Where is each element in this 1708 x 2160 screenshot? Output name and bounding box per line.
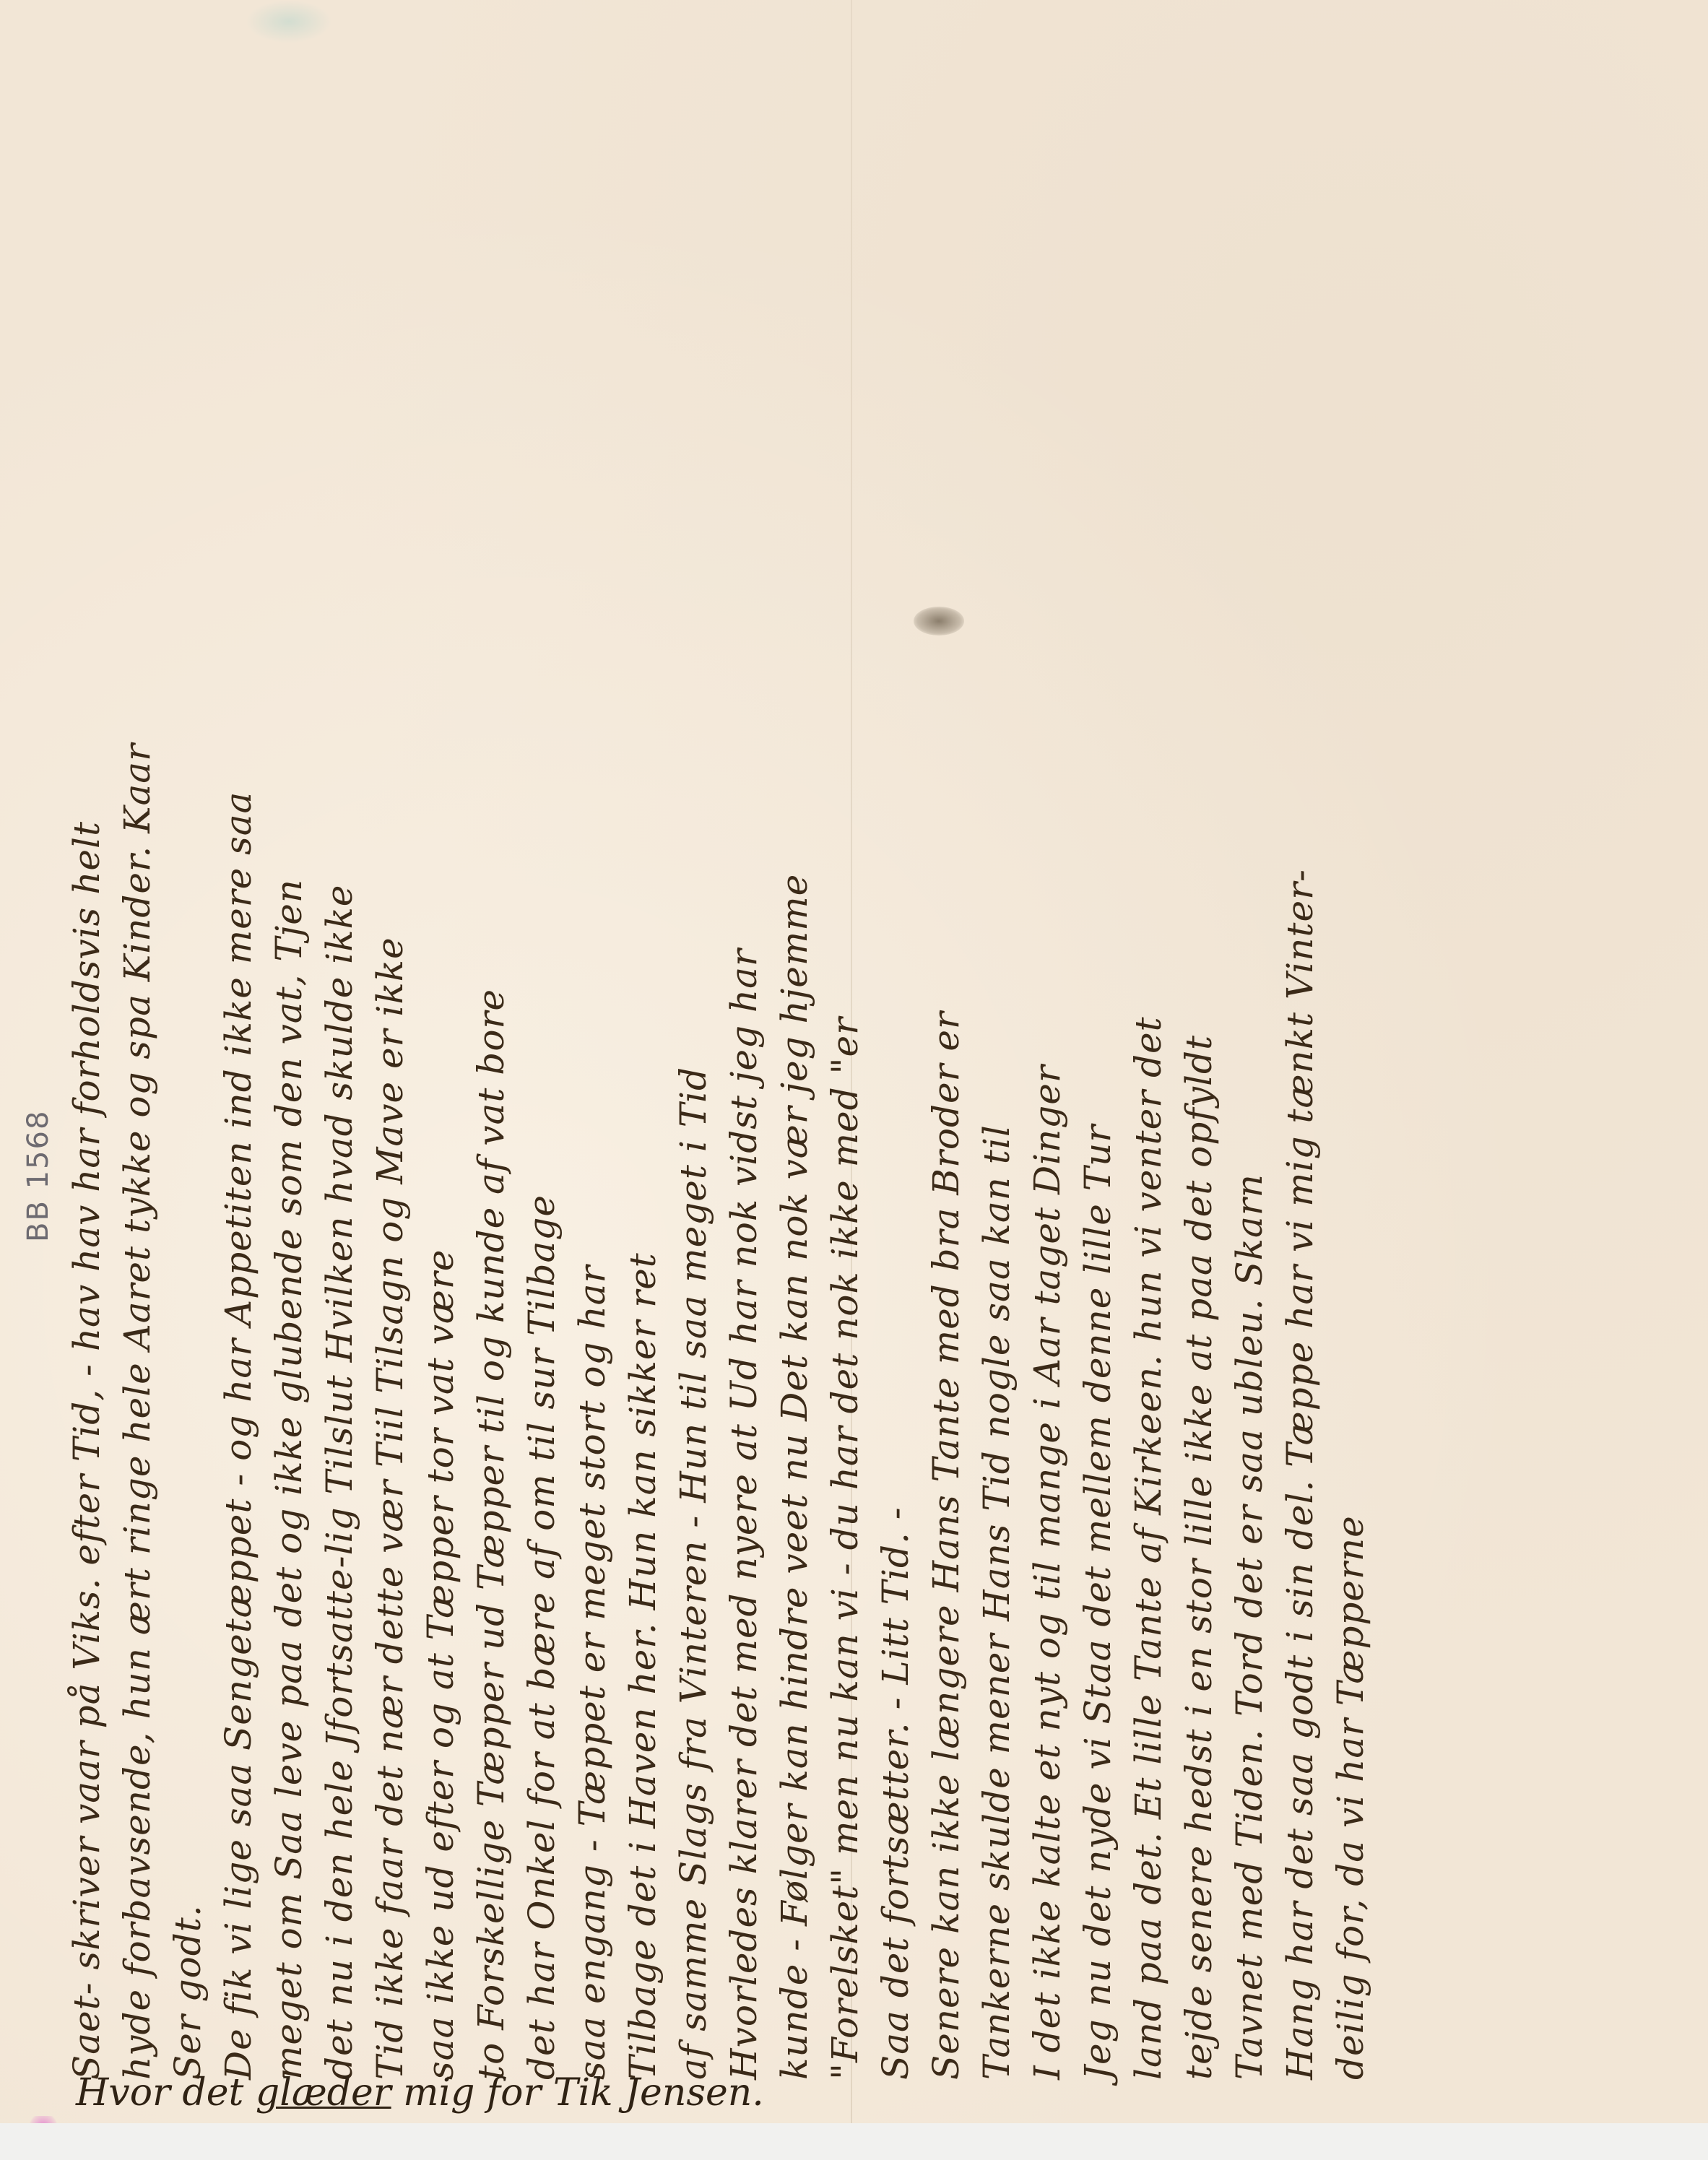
letter-line: af samme Slags fra Vinteren - Hun til sa… — [668, 743, 719, 2080]
letter-line: Ser godt. — [162, 743, 213, 2080]
letter-line: deilig for, da vi har Tæpperne — [1325, 743, 1376, 2080]
closing-line-underlined-word: glæder — [256, 2071, 391, 2115]
letter-line: Tankerne skulde mener Hans Tid nogle saa… — [971, 743, 1022, 2080]
letter-line: Saa det fortsætter. - Litt Tid. - — [870, 743, 921, 2080]
letter-line: saa engang - Tæppet er meget stort og ha… — [567, 743, 617, 2080]
letter-line: kunde - Følger kan hindre veet nu Det ka… — [769, 743, 820, 2080]
closing-line-suffix: mig for Tik Jensen. — [391, 2071, 764, 2115]
letter-line: Tid ikke faar det nær dette vær Tiil Til… — [365, 743, 415, 2080]
letter-line: Tavnet med Tiden. Tord det er saa ubleu.… — [1224, 743, 1275, 2080]
letter-line: tejde senere hedst i en stor lille ikke … — [1174, 743, 1224, 2080]
letter-line: I det ikke kalte et nyt og til mange i A… — [1022, 743, 1072, 2080]
letter-line: det har Onkel for at bære af om til sur … — [516, 743, 567, 2080]
letter-line: hyde forbavsende, hun ært ringe hele Aar… — [112, 743, 162, 2080]
closing-line: Hvor det glæder mig for Tik Jensen. — [76, 2071, 764, 2115]
archive-stamp: BB 1568 — [22, 1110, 55, 1242]
closing-line-prefix: Hvor det — [76, 2071, 256, 2115]
letter-line: Tilbage det i Haven her. Hun kan sikker … — [617, 743, 668, 2080]
letter-line: land paa det. Et lille Tante af Kirkeen.… — [1123, 743, 1174, 2080]
letter-paper: BB 1568 Saet- skriver vaar på Viks. efte… — [0, 0, 1708, 2123]
letter-line: meget om Saa leve paa det og ikke gluben… — [264, 743, 314, 2080]
letter-line: De fik vi lige saa Sengetæppet - og har … — [213, 743, 264, 2080]
ink-blot — [914, 607, 964, 636]
letter-line: Senere kan ikke længere Hans Tante med b… — [921, 743, 971, 2080]
scan-border — [0, 2123, 1708, 2160]
paper-stain — [246, 0, 332, 43]
letter-line: det nu i den hele Jfortsatte-lig Tilslut… — [314, 743, 365, 2080]
letter-line: Saet- skriver vaar på Viks. efter Tid, -… — [61, 743, 112, 2080]
letter-line: Hvorledes klarer det med nyere at Ud har… — [719, 743, 769, 2080]
letter-line: Hang har det saa godt i sin del. Tæppe h… — [1275, 743, 1325, 2080]
letter-body-lower-half: Saet- skriver vaar på Viks. efter Tid, -… — [61, 743, 1376, 2080]
letter-line: to Forskellige Tæpper ud Tæpper til og k… — [466, 743, 516, 2080]
letter-line: saa ikke ud efter og at Tæpper tor vat v… — [415, 743, 466, 2080]
letter-line: Jeg nu det nyde vi Staa det mellem denne… — [1072, 743, 1123, 2080]
letter-line: "Forelsket" men nu kan vi - du har det n… — [820, 743, 870, 2080]
